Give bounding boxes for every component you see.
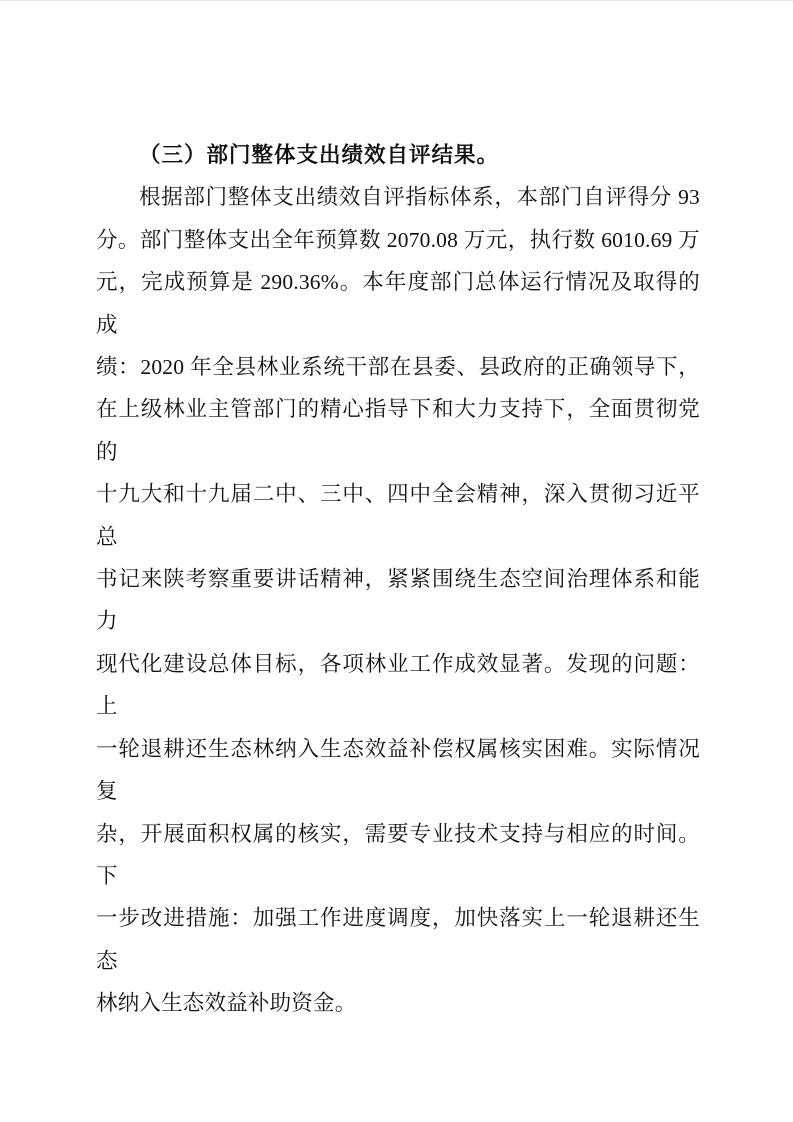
paragraph-line: 一步改进措施：加强工作进度调度，加快落实上一轮退耕还生态 bbox=[96, 897, 700, 982]
paragraph-line: 十九大和十九届二中、三中、四中全会精神，深入贯彻习近平总 bbox=[96, 473, 700, 558]
document-text-block: （三）部门整体支出绩效自评结果。 根据部门整体支出绩效自评指标体系，本部门自评得… bbox=[96, 134, 700, 1025]
paragraph-line: 在上级林业主管部门的精心指导下和大力支持下，全面贯彻党的 bbox=[96, 388, 700, 473]
section-heading: （三）部门整体支出绩效自评结果。 bbox=[96, 134, 700, 176]
paragraph-line: 书记来陕考察重要讲话精神，紧紧围绕生态空间治理体系和能力 bbox=[96, 558, 700, 643]
paragraph-line: 绩：2020 年全县林业系统干部在县委、县政府的正确领导下， bbox=[96, 346, 700, 388]
paragraph-line: 现代化建设总体目标，各项林业工作成效显著。发现的问题：上 bbox=[96, 643, 700, 728]
paragraph-line: 分。部门整体支出全年预算数 2070.08 万元，执行数 6010.69 万 bbox=[96, 219, 700, 261]
paragraph-line: 林纳入生态效益补助资金。 bbox=[96, 982, 700, 1024]
paragraph-line: 元，完成预算是 290.36%。本年度部门总体运行情况及取得的成 bbox=[96, 261, 700, 346]
document-page: （三）部门整体支出绩效自评结果。 根据部门整体支出绩效自评指标体系，本部门自评得… bbox=[0, 0, 793, 1122]
paragraph-line: 根据部门整体支出绩效自评指标体系，本部门自评得分 93 bbox=[96, 176, 700, 218]
paragraph-line: 一轮退耕还生态林纳入生态效益补偿权属核实困难。实际情况复 bbox=[96, 728, 700, 813]
paragraph-line: 杂，开展面积权属的核实，需要专业技术支持与相应的时间。下 bbox=[96, 813, 700, 898]
